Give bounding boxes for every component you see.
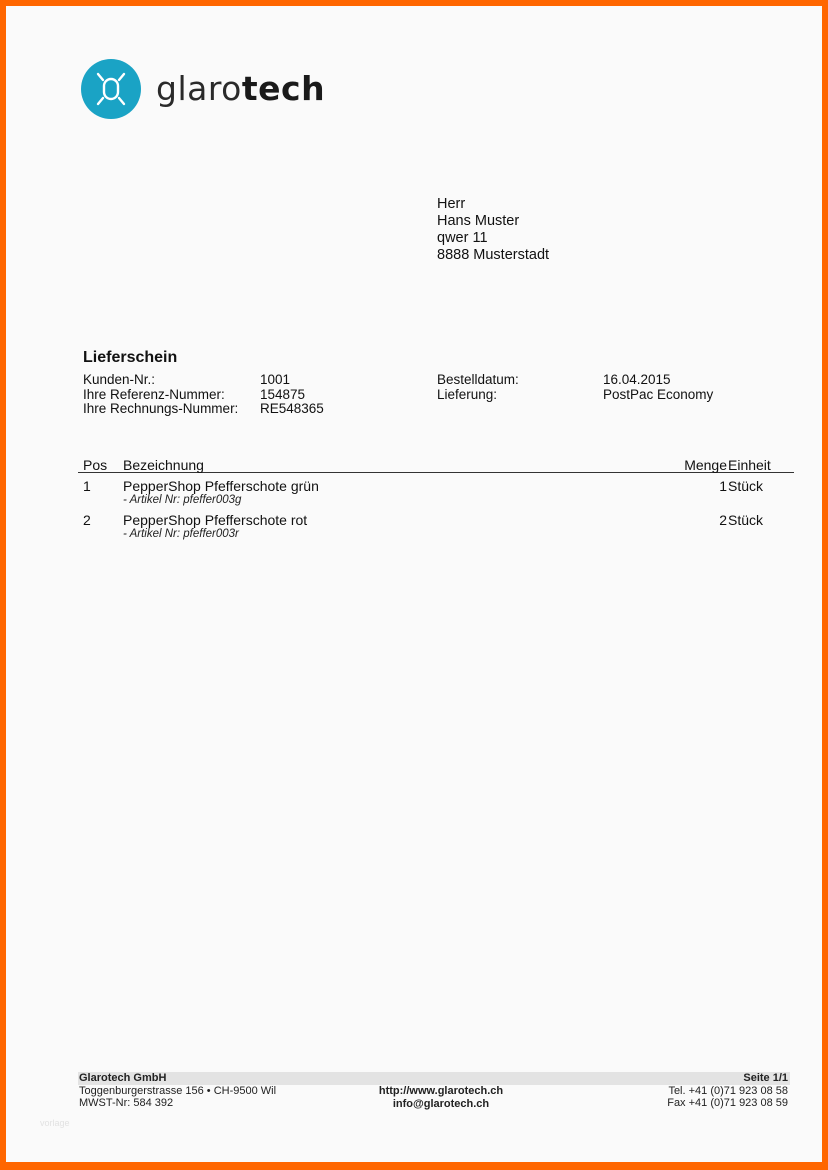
meta-value: PostPac Economy [603, 388, 713, 403]
footer-address: Toggenburgerstrasse 156 • CH-9500 Wil [79, 1085, 276, 1098]
meta-row-order-date: Bestelldatum: 16.04.2015 [437, 373, 713, 388]
meta-row-customer-number: Kunden-Nr.: 1001 [83, 373, 324, 388]
row-pos: 2 [83, 512, 91, 528]
document-title: Lieferschein [83, 348, 177, 368]
recipient-salutation: Herr [437, 196, 549, 213]
meta-value: RE548365 [260, 402, 324, 417]
customer-meta: Kunden-Nr.: 1001 Ihre Referenz-Nummer: 1… [83, 373, 324, 417]
recipient-address: Herr Hans Muster qwer 11 8888 Musterstad… [437, 196, 549, 264]
footer-tel: Tel. +41 (0)71 923 08 58 [667, 1085, 788, 1098]
recipient-city: 8888 Musterstadt [437, 247, 549, 264]
footer-contact-phone: Seite 1/1 Tel. +41 (0)71 923 08 58 Fax +… [667, 1072, 788, 1110]
recipient-name: Hans Muster [437, 213, 549, 230]
header-name: Bezeichnung [123, 457, 204, 473]
row-pos: 1 [83, 478, 91, 494]
order-meta: Bestelldatum: 16.04.2015 Lieferung: Post… [437, 373, 713, 402]
items-table: Pos Bezeichnung Menge Einheit 1 PepperSh… [78, 451, 794, 541]
meta-label: Bestelldatum: [437, 373, 603, 388]
footer-fax: Fax +41 (0)71 923 08 59 [667, 1097, 788, 1110]
row-qty: 2 [719, 512, 727, 528]
footer-email-link[interactable]: info@glarotech.ch [366, 1098, 516, 1111]
meta-label: Ihre Referenz-Nummer: [83, 388, 260, 403]
recipient-street: qwer 11 [437, 230, 549, 247]
brand-name-light: glaro [156, 69, 242, 108]
meta-value: 16.04.2015 [603, 373, 671, 388]
brand-name-bold: tech [242, 69, 325, 108]
meta-label: Lieferung: [437, 388, 603, 403]
meta-row-invoice-number: Ihre Rechnungs-Nummer: RE548365 [83, 402, 324, 417]
meta-value: 154875 [260, 388, 305, 403]
meta-label: Kunden-Nr.: [83, 373, 260, 388]
row-name: PepperShop Pfefferschote rot [123, 512, 307, 528]
header-qty: Menge [684, 457, 727, 473]
table-header: Pos Bezeichnung Menge Einheit [78, 451, 794, 473]
page-number: Seite 1/1 [667, 1072, 788, 1085]
table-row: 1 PepperShop Pfefferschote grün - Artike… [78, 473, 794, 507]
footer-contact-web: http://www.glarotech.ch info@glarotech.c… [366, 1085, 516, 1110]
footer-company-info: Glarotech GmbH Toggenburgerstrasse 156 •… [79, 1072, 276, 1110]
footer-website-link[interactable]: http://www.glarotech.ch [366, 1085, 516, 1098]
footer-company-name: Glarotech GmbH [79, 1072, 276, 1085]
meta-row-delivery: Lieferung: PostPac Economy [437, 388, 713, 403]
delivery-note-page: glarotech Herr Hans Muster qwer 11 8888 … [6, 6, 822, 1162]
meta-row-reference-number: Ihre Referenz-Nummer: 154875 [83, 388, 324, 403]
meta-value: 1001 [260, 373, 290, 388]
row-qty: 1 [719, 478, 727, 494]
header-unit: Einheit [728, 457, 771, 473]
watermark: vorlage [40, 1118, 70, 1128]
footer-vat: MWST-Nr: 584 392 [79, 1097, 276, 1110]
row-name: PepperShop Pfefferschote grün [123, 478, 319, 494]
row-article-number: - Artikel Nr: pfeffer003r [123, 528, 239, 540]
row-article-number: - Artikel Nr: pfeffer003g [123, 494, 241, 506]
brand-wordmark: glarotech [156, 64, 325, 114]
meta-label: Ihre Rechnungs-Nummer: [83, 402, 260, 417]
row-unit: Stück [728, 478, 763, 494]
glarotech-logo-icon [81, 59, 141, 119]
header-pos: Pos [83, 457, 107, 473]
table-row: 2 PepperShop Pfefferschote rot - Artikel… [78, 507, 794, 541]
row-unit: Stück [728, 512, 763, 528]
